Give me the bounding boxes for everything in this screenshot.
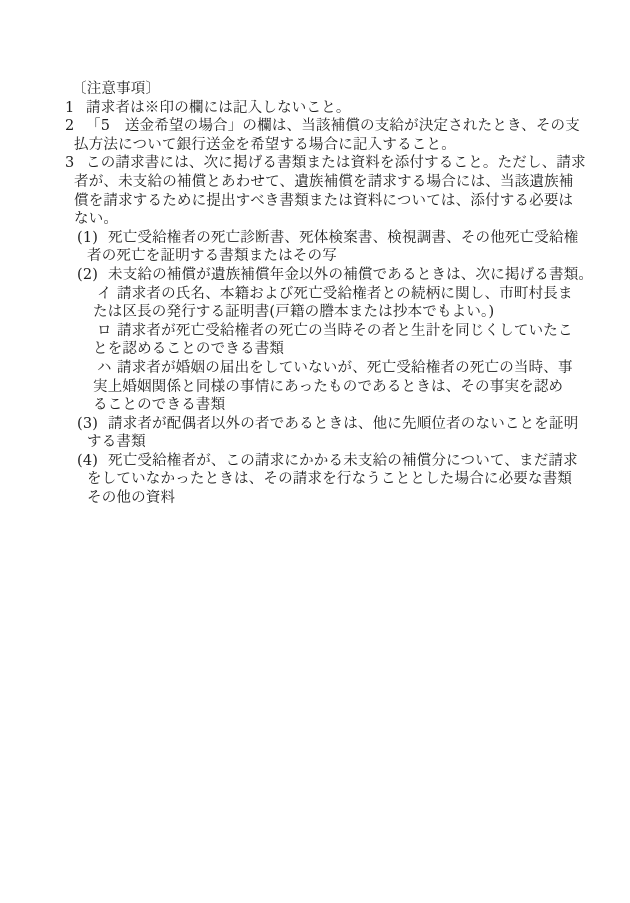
item-marker: (4) <box>77 452 108 471</box>
note-item-3-4: (4)死亡受給権者が、この請求にかかる未支給の補償分について、まだ請求 をしてい… <box>0 452 622 508</box>
note-item-3-2-ro: ロ請求者が死亡受給権者の死亡の当時その者と生計を同じくしていたこ とを認めること… <box>0 322 622 359</box>
item-marker: (2) <box>77 266 108 285</box>
note-item-3-2: (2)未支給の補償が遺族補償年金以外の補償であるときは、次に掲げる書類。 <box>0 266 622 285</box>
notes-section: 〔注意事項〕 1請求者は※印の欄には記入しないこと。 2「5 送金希望の場合」の… <box>0 0 630 508</box>
document-page: 〔注意事項〕 1請求者は※印の欄には記入しないこと。 2「5 送金希望の場合」の… <box>0 0 630 903</box>
note-item-3: 3この請求書には、次に掲げる書類または資料を添付すること。ただし、請求 者が、未… <box>0 154 622 228</box>
item-marker: ハ <box>97 359 117 378</box>
item-text: 請求者は※印の欄には記入しないこと。 <box>86 100 351 116</box>
item-marker: 2 <box>65 117 86 136</box>
item-text: 死亡受給権者が、この請求にかかる未支給の補償分について、まだ請求 をしていなかっ… <box>87 453 578 506</box>
item-marker: ロ <box>97 322 117 341</box>
note-item-3-2-i: イ請求者の氏名、本籍および死亡受給権者との続柄に関し、市町村長ま たは区長の発行… <box>0 285 622 322</box>
note-item-3-1: (1)死亡受給権者の死亡診断書、死体検案書、検視調書、その他死亡受給権 者の死亡… <box>0 229 622 266</box>
item-text: 請求者が死亡受給権者の死亡の当時その者と生計を同じくしていたこ とを認めることの… <box>93 323 573 358</box>
item-marker: (3) <box>77 415 108 434</box>
note-item-3-3: (3)請求者が配偶者以外の者であるときは、他に先順位者のないことを証明 する書類 <box>0 415 622 452</box>
note-item-2: 2「5 送金希望の場合」の欄は、当該補償の支給が決定されたとき、その支 払方法に… <box>0 117 622 154</box>
item-text: 死亡受給権者の死亡診断書、死体検案書、検視調書、その他死亡受給権 者の死亡を証明… <box>87 230 578 265</box>
notes-heading: 〔注意事項〕 <box>0 80 622 99</box>
item-marker: (1) <box>77 229 108 248</box>
item-text: 請求者が配偶者以外の者であるときは、他に先順位者のないことを証明 する書類 <box>87 416 578 451</box>
item-text: 「5 送金希望の場合」の欄は、当該補償の支給が決定されたとき、その支 払方法につ… <box>74 118 580 153</box>
item-text: 請求者の氏名、本籍および死亡受給権者との続柄に関し、市町村長ま たは区長の発行す… <box>93 286 573 321</box>
item-text: この請求書には、次に掲げる書類または資料を添付すること。ただし、請求 者が、未支… <box>74 155 586 227</box>
item-marker: イ <box>97 285 117 304</box>
item-text: 請求者が婚姻の届出をしていないが、死亡受給権者の死亡の当時、事 実上婚姻関係と同… <box>93 360 573 413</box>
note-item-3-2-ha: ハ請求者が婚姻の届出をしていないが、死亡受給権者の死亡の当時、事 実上婚姻関係と… <box>0 359 622 415</box>
item-marker: 1 <box>65 99 86 118</box>
item-marker: 3 <box>65 154 86 173</box>
item-text: 未支給の補償が遺族補償年金以外の補償であるときは、次に掲げる書類。 <box>108 267 593 283</box>
note-item-1: 1請求者は※印の欄には記入しないこと。 <box>0 99 622 118</box>
